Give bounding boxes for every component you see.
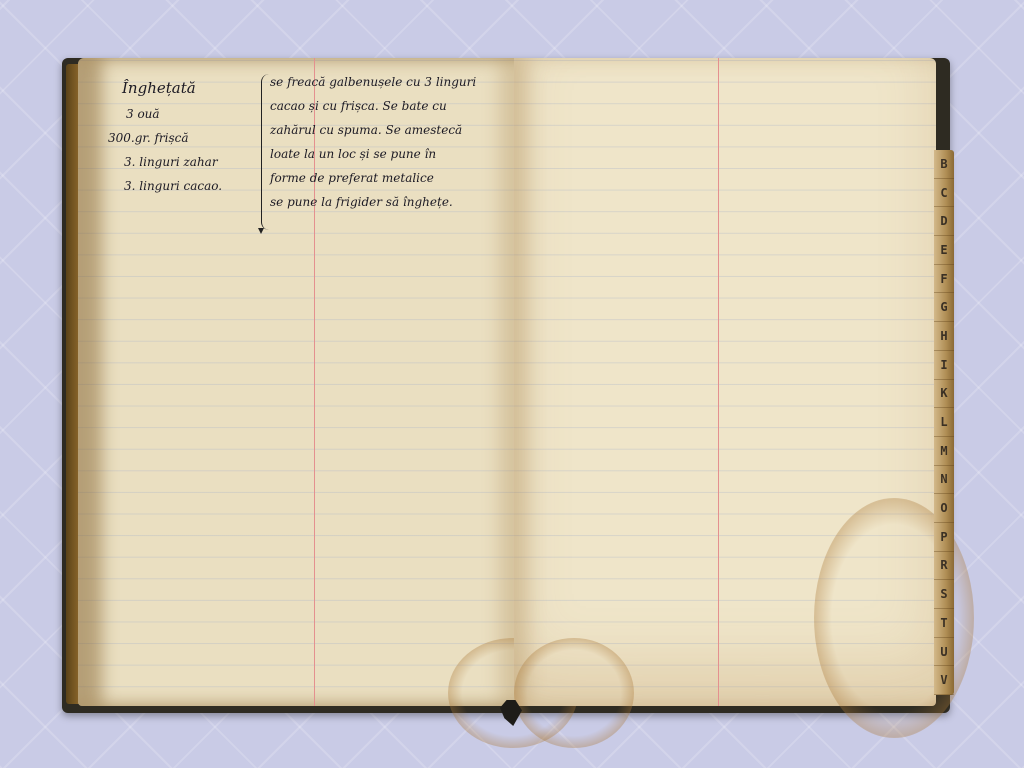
right-page [514, 58, 936, 706]
brace-symbol [261, 74, 270, 230]
index-tab[interactable]: B [934, 150, 954, 179]
ingredient: 300.gr. frișcă [108, 128, 189, 150]
index-tab[interactable]: H [934, 322, 954, 351]
index-tab[interactable]: N [934, 466, 954, 495]
instruction-line: cacao și cu frișca. Se bate cu [270, 96, 447, 118]
alphabet-index-tabs: B C D E F G H I K L M N O P R S T U V [934, 150, 954, 695]
index-tab[interactable]: I [934, 351, 954, 380]
index-tab[interactable]: G [934, 293, 954, 322]
index-tab[interactable]: V [934, 666, 954, 695]
instruction-line: loate la un loc și se pune în [270, 144, 436, 166]
instruction-line: forme de preferat metalice [270, 168, 434, 190]
index-tab[interactable]: C [934, 179, 954, 208]
index-tab[interactable]: U [934, 638, 954, 667]
index-tab[interactable]: L [934, 408, 954, 437]
water-stain [514, 638, 634, 748]
index-tab[interactable]: T [934, 609, 954, 638]
instruction-line: se pune la frigider să înghețe. [270, 192, 453, 214]
instruction-line: zahărul cu spuma. Se amestecă [270, 120, 462, 142]
index-tab[interactable]: D [934, 207, 954, 236]
instruction-line: se freacă galbenușele cu 3 linguri [270, 72, 476, 94]
index-tab[interactable]: S [934, 580, 954, 609]
index-tab[interactable]: K [934, 380, 954, 409]
index-tab[interactable]: O [934, 494, 954, 523]
index-tab[interactable]: F [934, 265, 954, 294]
ingredient: 3 ouă [126, 104, 160, 126]
ingredient: 3. linguri zahar [124, 152, 218, 174]
index-tab[interactable]: M [934, 437, 954, 466]
index-tab[interactable]: R [934, 552, 954, 581]
index-tab[interactable]: E [934, 236, 954, 265]
left-page: Înghețată 3 ouă 300.gr. frișcă 3. lingur… [78, 58, 514, 706]
margin-line [718, 58, 719, 706]
ingredient: 3. linguri cacao. [124, 176, 222, 198]
recipe-title: Înghețată [122, 78, 196, 100]
index-tab[interactable]: P [934, 523, 954, 552]
